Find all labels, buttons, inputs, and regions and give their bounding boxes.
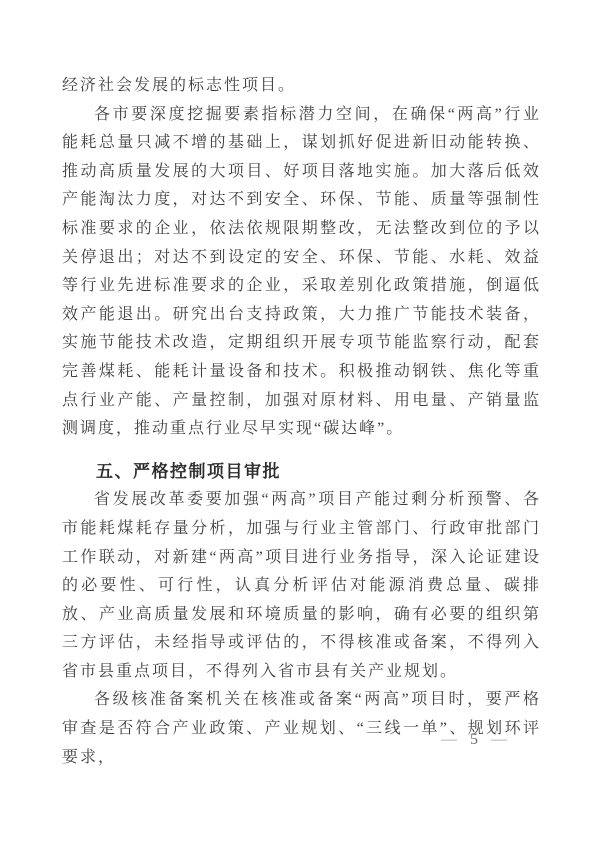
- page-number: —5—: [441, 730, 508, 750]
- section-heading-project-approval: 五、严格控制项目审批: [62, 458, 541, 487]
- paragraph-energy-control: 各市要深度挖掘要素指标潜力空间，在确保“两高”行业能耗总量只减不增的基础上，谋划…: [62, 101, 541, 444]
- document-body: 经济社会发展的标志性项目。 各市要深度挖掘要素指标潜力空间，在确保“两高”行业能…: [62, 72, 541, 772]
- page-number-dash-right: —: [491, 731, 508, 748]
- page-number-dash-left: —: [441, 731, 458, 748]
- paragraph-approval-guidance: 省发展改革委要加强“两高”项目产能过剩分析预警、各市能耗煤耗存量分析，加强与行业…: [62, 486, 541, 686]
- page-number-value: 5: [470, 731, 479, 748]
- paragraph-continuation: 经济社会发展的标志性项目。: [62, 72, 541, 101]
- document-page: 经济社会发展的标志性项目。 各市要深度挖掘要素指标潜力空间，在确保“两高”行业能…: [0, 0, 600, 848]
